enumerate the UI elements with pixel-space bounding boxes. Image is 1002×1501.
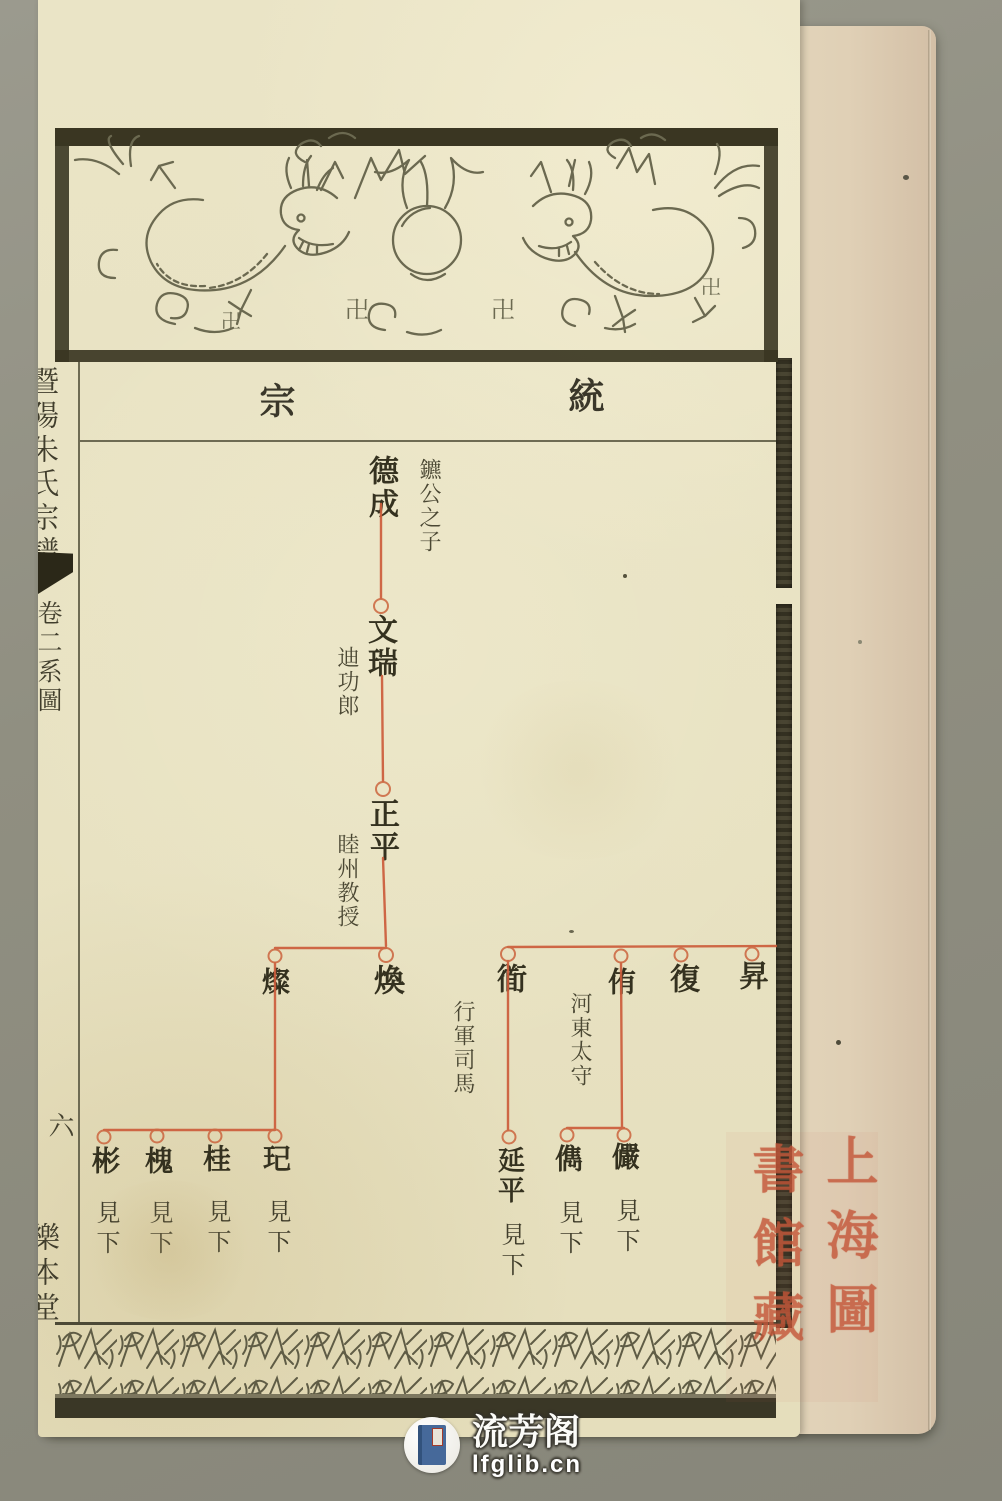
- node-note: 見下: [147, 1200, 171, 1260]
- spine-page-number: 六: [46, 1112, 72, 1141]
- node-note: 睦州教授: [335, 833, 357, 929]
- frame-left-line: [78, 362, 80, 1324]
- paper-speck: [858, 640, 862, 644]
- node-name: 桂: [201, 1144, 229, 1175]
- node-name: 槐: [143, 1146, 171, 1177]
- node-note: 見下: [205, 1199, 229, 1259]
- node-note: 河東太守: [568, 992, 590, 1088]
- dragon-headpiece-art: 卍卍 卍卍: [55, 128, 778, 362]
- watermark-text: 流芳阁 lfglib.cn: [472, 1414, 582, 1477]
- node-name: 延平: [495, 1146, 522, 1206]
- spine-volume-section: 卷二系圖: [38, 600, 61, 716]
- spine-section: 系圖: [38, 658, 63, 716]
- seal-column-right: 上海圖: [810, 1134, 885, 1356]
- node-note: 見下: [614, 1198, 638, 1258]
- frame-right-border-upper: [776, 358, 792, 588]
- node-note: 見下: [499, 1222, 523, 1282]
- watermark-site-name: 流芳阁: [472, 1414, 582, 1452]
- node-note: 見下: [94, 1200, 118, 1260]
- watermark-site-domain: lfglib.cn: [472, 1452, 582, 1477]
- svg-text:卍: 卍: [491, 296, 515, 324]
- watermark-badge: [404, 1417, 460, 1473]
- floral-tailpiece: [55, 1322, 776, 1420]
- spine-volume: 卷二: [38, 600, 63, 658]
- node-name: 衜: [493, 963, 523, 996]
- node-note: 迪功郎: [335, 646, 357, 718]
- node-name: 彬: [90, 1146, 118, 1177]
- dragon-headpiece: 卍卍 卍卍: [55, 128, 778, 362]
- node-note: 見下: [557, 1200, 581, 1260]
- paper-speck: [903, 175, 909, 180]
- node-name: 昇: [735, 960, 765, 993]
- header-char-tong: 統: [566, 377, 602, 416]
- node-name: 侑: [606, 967, 634, 998]
- node-name: 復: [666, 963, 696, 996]
- node-name: 煥: [370, 964, 401, 998]
- node-note: 鑣公之子: [417, 458, 439, 554]
- svg-text:卍: 卍: [701, 275, 721, 299]
- node-name: 燦: [260, 967, 288, 998]
- genealogy-leaf: 暨陽朱氏宗譜 卷二系圖 六 樂本堂: [38, 0, 800, 1437]
- ink-speck: [569, 930, 574, 933]
- fishtail-mark: [38, 552, 73, 594]
- library-collection-seal: 上海圖 書館藏: [726, 1132, 878, 1402]
- spine-hall-mark: 樂本堂: [38, 1222, 58, 1327]
- svg-text:卍: 卍: [221, 309, 241, 333]
- book-icon: [418, 1425, 446, 1465]
- floral-tailpiece-art: [55, 1322, 776, 1420]
- seal-column-left: 書館藏: [736, 1142, 811, 1364]
- swastika-motifs: 卍卍 卍卍: [221, 275, 721, 333]
- node-name: 儼: [610, 1142, 638, 1173]
- node-name: 文瑞: [364, 614, 394, 680]
- node-name: 德成: [365, 455, 395, 521]
- site-watermark: 流芳阁 lfglib.cn: [404, 1414, 582, 1477]
- svg-text:卍: 卍: [345, 296, 369, 324]
- header-divider: [79, 440, 776, 442]
- node-name: 正平: [366, 798, 396, 864]
- paper-stain: [468, 680, 688, 860]
- paper-crease: [928, 30, 931, 1430]
- node-name: 玘: [261, 1144, 289, 1175]
- node-name: 儁: [553, 1144, 581, 1175]
- spine-title: 暨陽朱氏宗譜: [38, 366, 57, 570]
- ink-speck: [623, 574, 627, 578]
- node-note: 行軍司馬: [451, 1000, 473, 1096]
- node-note: 見下: [265, 1199, 289, 1259]
- paper-speck: [836, 1040, 841, 1045]
- header-char-zong: 宗: [257, 382, 293, 421]
- scanned-page: 暨陽朱氏宗譜 卷二系圖 六 樂本堂: [0, 0, 1002, 1501]
